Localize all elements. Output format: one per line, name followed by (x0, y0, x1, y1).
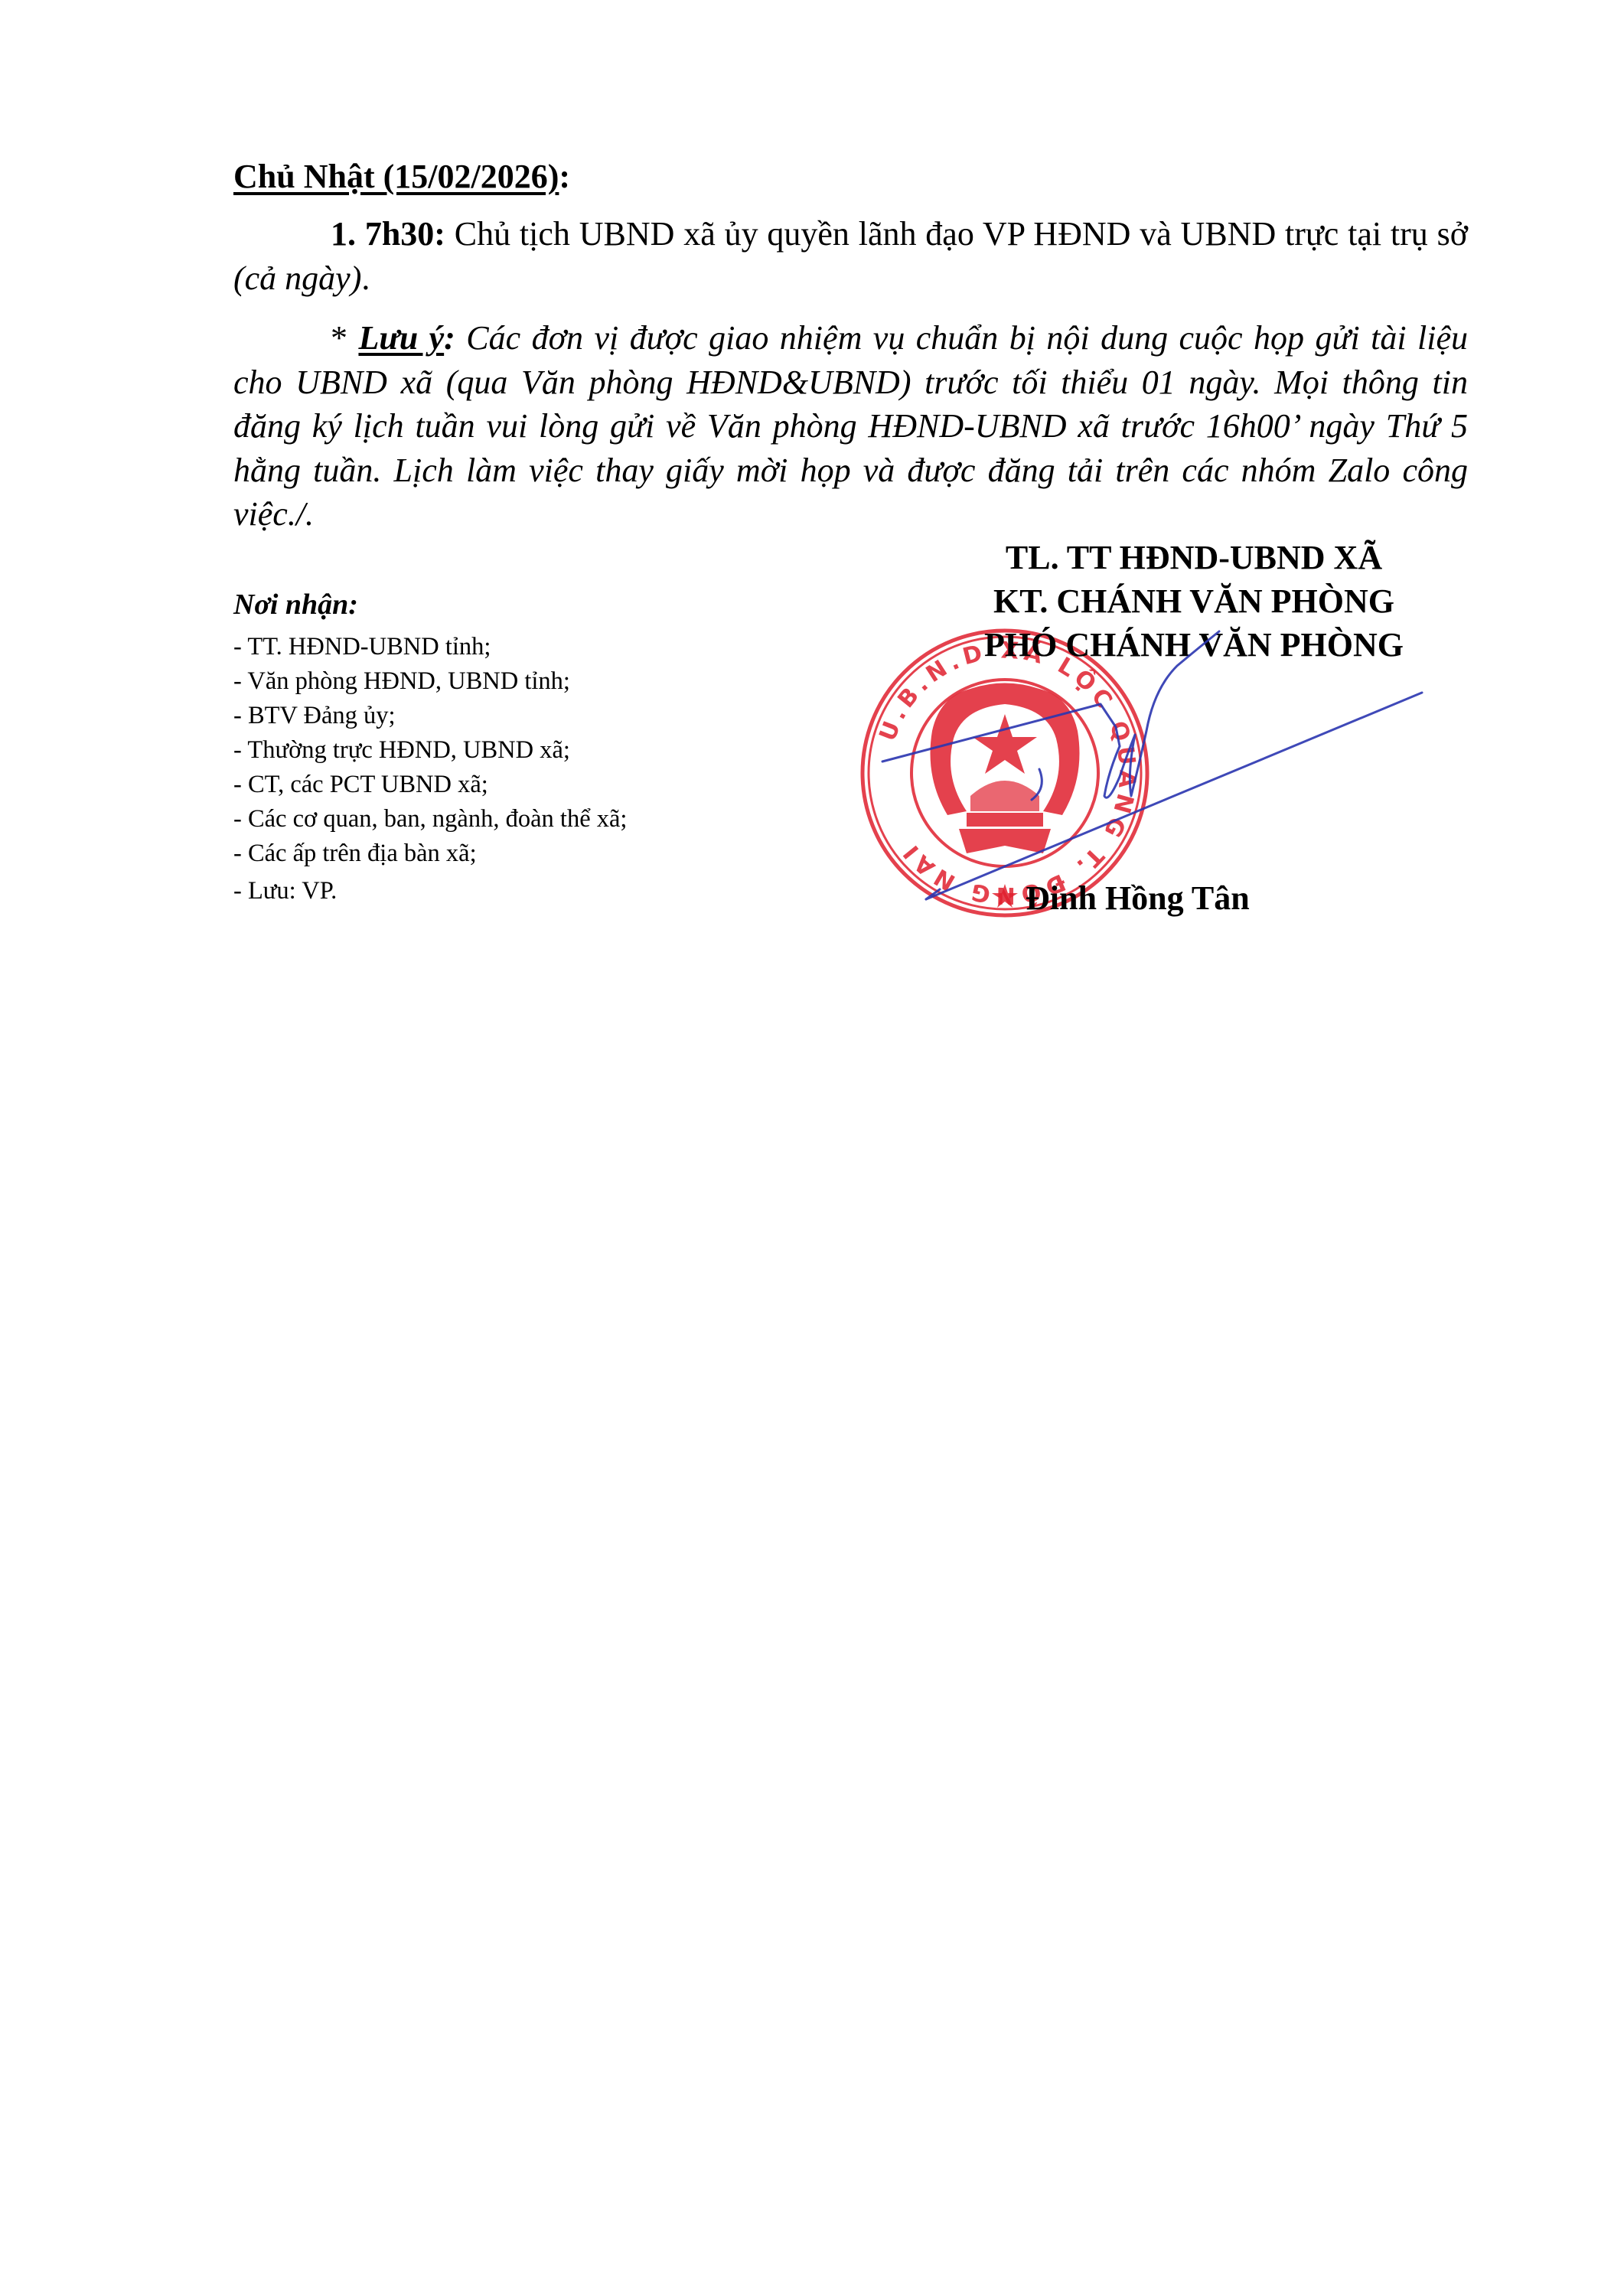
notice-label-colon: : (444, 319, 455, 357)
recipient-item: - TT. HĐND-UBND tỉnh; (233, 630, 815, 664)
day-heading: Chủ Nhật (15/02/2026): (233, 155, 1468, 199)
recipient-item: - CT, các PCT UBND xã; (233, 768, 815, 802)
schedule-item-note: (cả ngày) (233, 259, 361, 297)
day-heading-title: Chủ Nhật (15/02/2026) (233, 158, 559, 195)
schedule-item-end: . (361, 259, 370, 297)
notice-asterisk: * (331, 319, 358, 357)
signer-name: Đinh Hồng Tân (1026, 876, 1250, 920)
schedule-item-text: Chủ tịch UBND xã ủy quyền lãnh đạo VP HĐ… (445, 215, 1468, 253)
recipient-item: - Thường trực HĐND, UBND xã; (233, 733, 815, 768)
recipient-item: - BTV Đảng ủy; (233, 699, 815, 733)
notice-paragraph: * Lưu ý: Các đơn vị được giao nhiệm vụ c… (233, 316, 1468, 536)
recipient-item: - Văn phòng HĐND, UBND tỉnh; (233, 664, 815, 699)
signature-authority-line: TL. TT HĐND-UBND XÃ (888, 536, 1500, 579)
day-heading-colon: : (559, 158, 570, 195)
recipients-title: Nơi nhận: (233, 585, 815, 624)
schedule-item: 1. 7h30: Chủ tịch UBND xã ủy quyền lãnh … (233, 212, 1468, 300)
recipient-item: - Lưu: VP. (233, 874, 815, 908)
notice-label: Lưu ý (358, 319, 444, 357)
document-page: Chủ Nhật (15/02/2026): 1. 7h30: Chủ tịch… (0, 0, 1624, 2296)
schedule-item-time: 1. 7h30: (331, 215, 445, 253)
recipient-item: - Các ấp trên địa bàn xã; (233, 837, 815, 871)
recipients-block: Nơi nhận: - TT. HĐND-UBND tỉnh; - Văn ph… (233, 585, 815, 908)
recipient-item: - Các cơ quan, ban, ngành, đoàn thể xã; (233, 802, 815, 837)
